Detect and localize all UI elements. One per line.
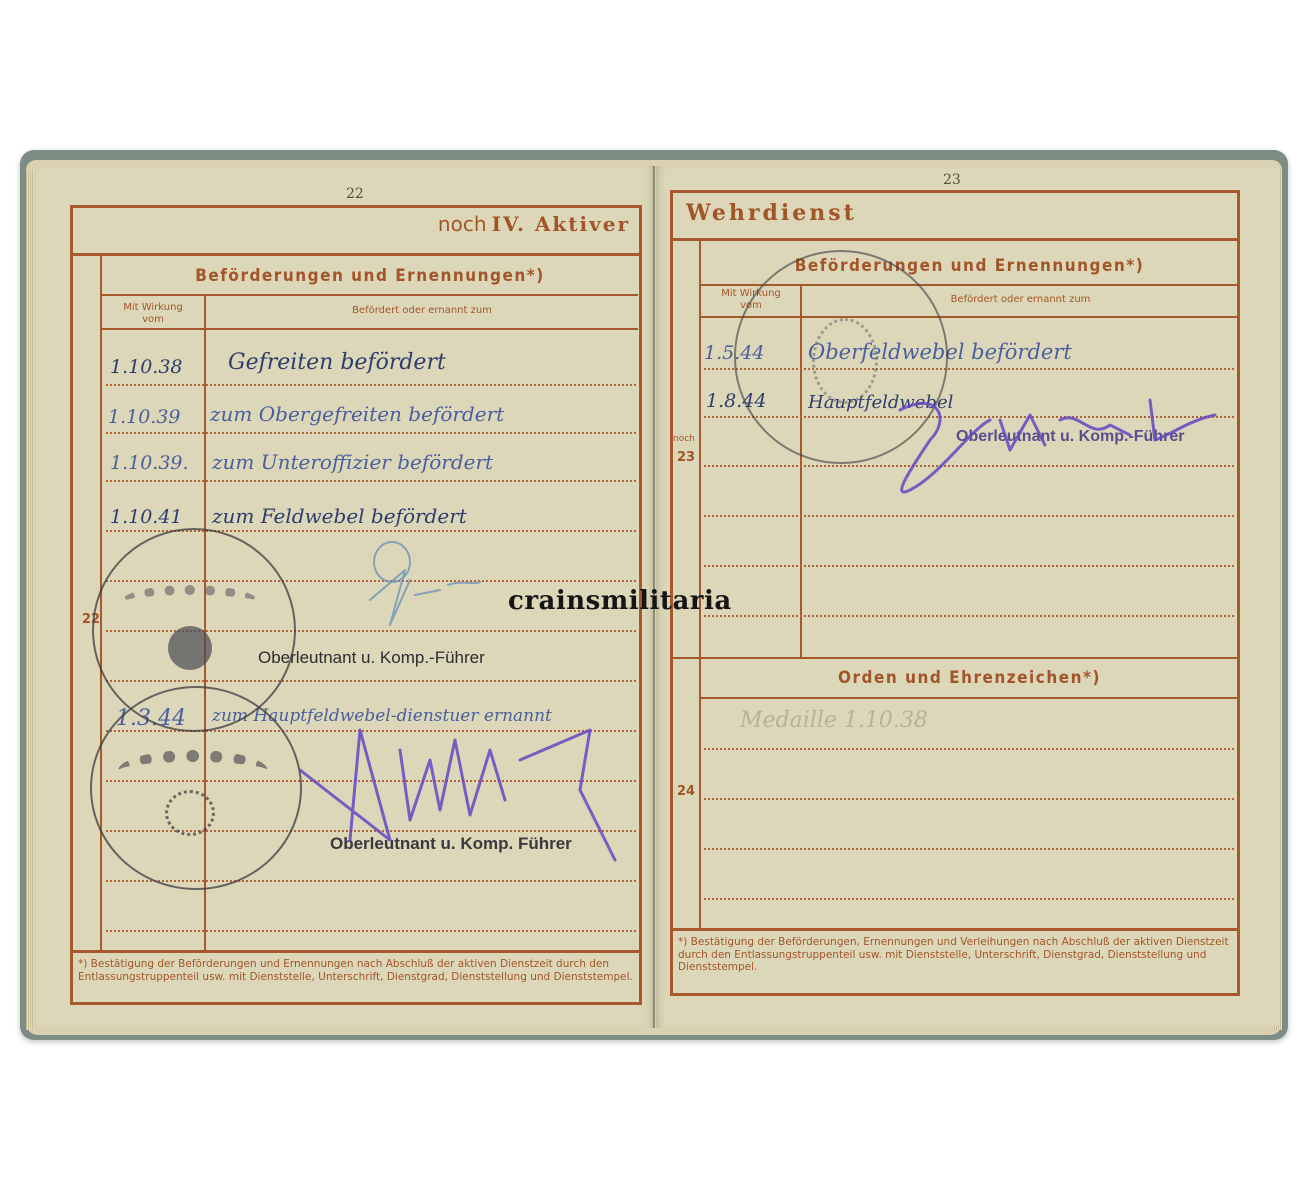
rule	[699, 240, 701, 930]
col-header-date-line1: Mit Wirkung	[102, 302, 204, 314]
row-line	[704, 565, 1234, 567]
entry-date: 1.10.39.	[110, 452, 189, 474]
signature-block-stamp: Oberleutnant u. Komp.-Führer	[258, 648, 485, 668]
row-line	[704, 515, 1234, 517]
signature-icon	[290, 690, 640, 870]
margin-marker-right: 23	[677, 450, 695, 465]
row-line	[704, 615, 1234, 617]
rule	[72, 253, 640, 256]
margin-marker-noch: noch	[673, 434, 695, 444]
rule	[102, 294, 638, 296]
section-heading-awards: Orden und Ehrenzeichen*)	[701, 668, 1238, 688]
entry-date: 1.10.39	[108, 406, 181, 428]
margin-marker-awards: 24	[677, 784, 695, 799]
col-header-date: Mit Wirkung vom	[102, 302, 204, 326]
rule	[672, 238, 1238, 241]
rule	[701, 697, 1238, 699]
left-title: noch IV. Aktiver	[360, 212, 630, 236]
signature-icon	[350, 540, 490, 630]
rule	[72, 950, 640, 953]
row-line	[106, 432, 636, 434]
row-line	[704, 748, 1234, 750]
title-prefix: noch	[438, 212, 487, 236]
eagle-emblem-icon	[165, 790, 215, 836]
row-line	[106, 930, 636, 932]
section-heading-promotions: Beförderungen und Ernennungen*)	[102, 266, 638, 286]
eagle-emblem-icon	[168, 626, 212, 670]
footnote-left: *) Bestätigung der Beförderungen und Ern…	[78, 958, 638, 983]
rule	[672, 928, 1238, 931]
row-line	[106, 384, 636, 386]
eagle-emblem-icon	[812, 318, 878, 404]
entry-date: 1.10.41	[110, 506, 183, 528]
entry-text: zum Feldwebel befördert	[212, 504, 467, 528]
eagle-wings-icon	[118, 750, 268, 792]
page-edges-left	[26, 170, 34, 1030]
signature-icon	[880, 380, 1220, 510]
rule	[672, 657, 1238, 659]
entry-text: Gefreiten befördert	[228, 350, 446, 375]
award-entry-faint: Medaille 1.10.38	[740, 708, 928, 733]
col-header-rank: Befördert oder ernannt zum	[206, 305, 638, 317]
page-number-right: 23	[943, 172, 961, 188]
col-header-date-line2: vom	[102, 314, 204, 326]
rule	[102, 328, 638, 330]
entry-text: zum Obergefreiten befördert	[210, 402, 504, 426]
row-line	[704, 798, 1234, 800]
row-line	[106, 480, 636, 482]
eagle-wings-icon	[120, 585, 260, 621]
right-title: Wehrdienst	[686, 200, 857, 226]
watermark-text: crainsmilitaria	[508, 586, 732, 616]
page-number-left: 22	[346, 186, 364, 202]
row-line	[704, 898, 1234, 900]
row-line	[704, 848, 1234, 850]
entry-text: zum Unteroffizier befördert	[212, 450, 493, 474]
entry-date: 1.10.38	[110, 356, 183, 378]
footnote-right: *) Bestätigung der Beförderungen, Ernenn…	[678, 936, 1234, 974]
title-main: IV. Aktiver	[492, 212, 630, 236]
